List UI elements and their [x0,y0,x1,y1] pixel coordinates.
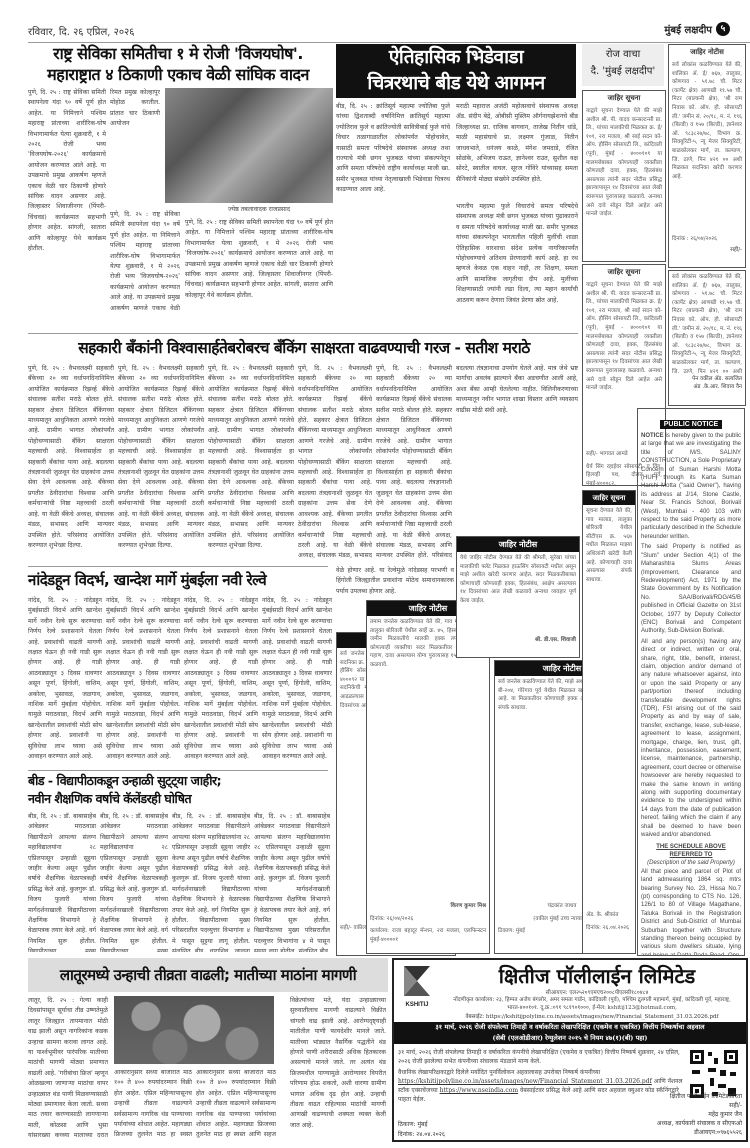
bank-body-col1: पुणे, दि. २५ : वैभवलक्ष्मी सहकारी बँकेच्… [28,364,114,560]
bank-body-col2: पुणे, दि. २५ : वैभवलक्ष्मी सहकारी बँकेच्… [118,364,204,560]
ad-signature: क्षितीज पॉलीलाईन लिमिटेडकरिता सही/- महें… [602,1092,742,1137]
signer-din: डीआयएन:०९७६५५२६ [602,1128,742,1137]
notice-address: कार्यालय: राजा बहादूर मॅन्शन, २रा मजला, … [367,925,489,946]
university-col2: बीड, दि. २५ : डॉ. बाबासाहेब आंबेडकर मराठ… [100,812,168,952]
promo-line2: दै. 'मुंबई लक्षदीप' [582,64,664,80]
kshitij-logo: KSHITIJ [400,964,434,1008]
header-paper: मुंबई लक्षदीप ५ [664,22,730,36]
latur-col2: आकारानुसार सध्या बाजारात माठ १०० ते ४०० … [114,1068,192,1140]
bank-headline: सहकारी बँकांनी विश्वासार्हतेबरोबरच बँकिं… [28,336,580,360]
bhidewada-body-2: मराठी महाराज अजंठी महोत्सवाचे संस्थापक अ… [456,102,578,200]
bhidewada-body: बीड, दि. २५ : क्रांतिसूर्य महात्मा ज्योत… [336,102,450,310]
ad-date: दिनांक: २४.०४.२०२६ [398,1130,445,1138]
schedule-subtitle: (Description of the said Property) [641,859,741,867]
notice-right-top-2: सर्व लोकांस कळविण्यात येते की, शालिका ॲ.… [668,270,746,406]
para2-text: वैधानिक लेखापरिक्षकाद्वारे दिलेले मर्याद… [398,1069,600,1076]
latur-headline: लातूरमध्ये उन्हाची तीव्रता वाढली; मातीच्… [28,958,388,992]
company-name: क्षितीज पॉलीलाईन लिमिटेड [452,962,742,989]
rss-body-3: पुणे, दि. २५ : राष्ट्र सेविका समिती स्था… [185,218,333,310]
notice-body: सूचना देण्यात येते की, गाव मालाड, तालुका… [583,505,635,909]
notice-right-top: जाहिर नोटीस सर्व लोकांस कळविण्यात येते क… [668,44,746,268]
notice-signer: किरण कुमार मिश्र [367,900,489,913]
schedule-title: THE SCHEDULE ABOVE REFERRED TO [641,843,741,860]
promo-box: रोज वाचा दै. 'मुंबई लक्षदीप' [582,44,664,86]
notice-title: जाहिर सूचना [583,491,635,505]
public-notice-badge: PUBLIC NOTICE [660,420,722,429]
bank-body-col4: पुणे, दि. २५ : वैभवलक्ष्मी सहकारी बँकेच्… [298,364,372,560]
notice-place: ठिकाण: मुंबई [498,927,525,936]
rail-body-col2: नांदेड, दि. २५ : नांदेडहून मुंबईसाठी विद… [106,596,180,766]
bhidewada-body-3: भारतीय महात्मा फुले विचारांचे समता परिषद… [456,202,578,310]
bhidewada-headline-box: ऐतिहासिक भिडेवाडा चित्ररथाचे बीड येथे आग… [336,44,576,98]
rss-photo-caption: ज्येष्ठ तबलावादक राजप्रसाद [185,205,333,217]
notice-title: जाहिर नोटीस [669,45,745,59]
rail-body-col3: नांदेड, दि. २५ : नांदेडहून मुंबईसाठी विद… [184,596,258,766]
university-col4: बीड, दि. २५ : डॉ. बाबासाहेब आंबेडकर मराठ… [254,812,330,952]
pots-photo [114,996,274,1064]
article-rss-body-2: पुणे, दि. २५ : राष्ट्र सेविका समिती स्था… [110,210,180,310]
notice-title: जाहिर सूचना [583,265,665,279]
banner-line1: ३१ मार्च, २०२६ रोजी संपलेल्या तिमाही व व… [394,1022,746,1033]
headline-sub: नवीन शैक्षणिक वर्षाचे कॅलेंडरही घोषित [28,790,328,808]
university-col3: बीड, दि. २५ : डॉ. बाबासाहेब आंबेडकर मराठ… [172,812,250,952]
nse-link[interactable]: https://www.nseindia.com [440,1087,518,1094]
bank-body-col3: पुणे, दि. २५ : वैभवलक्ष्मी सहकारी बँकेच्… [208,364,294,560]
page-header: रविवार, दि. २६ एप्रिल, २०२६ मुंबई लक्षदी… [28,22,750,43]
sd: सही/- [602,1101,742,1110]
kshitij-logo-icon [400,964,434,998]
headline-sub: चित्ररथाचे बीड येथे आगमन [336,70,576,96]
kshitij-ad: KSHITIJ क्षितीज पॉलीलाईन लिमिटेड सीआयएन:… [392,958,748,1142]
public-notice-para2: The said Property is notified as "Slum" … [641,543,741,635]
article-rss: राष्ट्र सेविका समितीचा १ मे रोजी 'विजयघो… [28,44,328,86]
notice-title: जाहिर नोटीस [457,537,579,552]
ad-place: ठिकाण: मुंबई [398,1120,427,1128]
latur-col4: विक्रेत्यांच्या मते, यंदा उन्हाळ्याच्या … [290,996,386,1138]
notice-body: सर्व लोकांस कळविण्यात येते की, शालिका ॲ.… [669,271,745,375]
divider [28,770,328,771]
notice-date: दिनांक : २६/०४/२०२६ [669,233,745,246]
bank-body-col5: पुणे, दि. २५ : वैभवलक्ष्मी सहकारी बँकेच्… [376,364,452,560]
notice-body: सर्व लोकांस कळविण्यात येते की, शालिका ॲ.… [669,59,745,233]
rail-body-col1: नांदेड, दि. २५ : नांदेडहून मुंबईसाठी विद… [28,596,102,766]
divider [28,333,578,334]
notice-body: तमाम जनतेस कळविण्यात येते की, गाव मौजे क… [367,616,489,900]
headline-sub: महाराष्ट्रात ४ ठिकाणी एकाच वेळी सांघिक व… [28,64,328,86]
sign-for: क्षितीज पॉलीलाईन लिमिटेडकरिता [602,1092,742,1101]
article-rss-body: पुणे, दि. २५ : राष्ट्र सेविका समिती स्था… [28,88,106,310]
latur-col3: आकारानुसार सध्या बाजारात माठ १०० ते ४०० … [196,1068,276,1140]
public-notice: PUBLIC NOTICE NOTICE is hereby given to … [637,408,745,956]
article-rss-sidebar: रिमत प्रमुख कोल्हापूर मोहोळ करतील. प्रां… [110,88,160,208]
notice-date: दिनांक: २६.०४.२०२६ [583,922,635,935]
company-cin: सीआयएन: एल२५२०९एमएच२००८पीएलसी१८०४८४ [452,988,742,996]
notice-signer: पेन वकील ॲड. सत्यजित [669,375,745,383]
public-notice-para1: NOTICE is hereby given to the public at … [641,432,741,541]
notice-signer: सही/- [669,246,745,254]
schedule-body: All that piece and parcel of Plot of lan… [641,868,741,956]
latur-col1: लातूर, दि. २५ : गेल्या काही दिवसांपासून … [28,996,108,1138]
financial-statement-link[interactable]: https://kshitijpolyline.co.in/assets/ima… [398,1078,652,1085]
header-date: रविवार, दि. २६ एप्रिल, २०२६ [28,24,134,38]
rss-photo [165,88,333,203]
public-notice-para3: All and any person(s) having any direct … [641,638,741,840]
rail-headline: नांदेडहून विदर्भ, खान्देश मार्गे मुंबईला… [28,568,328,592]
promo-line1: रोज वाचा [582,46,664,64]
notice-signer-2: अंड .के.आर. शिवाय वैन [669,383,745,391]
latur-headline-bar: लातूरमध्ये उन्हाची तीव्रता वाढली; मातीच्… [28,958,388,992]
ad-para1: ३१ मार्च, २०२६ रोजी संपलेल्या तिमाही व व… [398,1048,688,1066]
headline: राष्ट्र सेविका समितीचा १ मे रोजी 'विजयघो… [28,44,328,64]
notice-text: is hereby given to the public at large t… [641,433,741,540]
notice-lead: NOTICE [641,433,664,439]
banner-line2: (सेबी (एलओडीआर) रेग्युलेशन २०१५ चे नियम … [394,1033,746,1044]
notice-signer: ॲड. के. श्रीकांत [583,909,635,922]
page-number-badge: ५ [716,22,730,36]
university-col1: बीड, दि. २५ : डॉ. बाबासाहेब आंबेडकर मराठ… [28,812,96,952]
financial-banner: ३१ मार्च, २०२६ रोजी संपलेल्या तिमाही व व… [394,1022,746,1044]
headline: ऐतिहासिक भिडेवाडा [336,44,576,70]
company-website: वेबसाईट: https://kshitijpolyline.co.in/a… [440,1012,744,1020]
notice-title: जाहिर सूचना [583,91,665,105]
notice-date: दिनांक: २६/०४/२०२६ [367,913,489,926]
kshitij-logo-text: KSHITIJ [400,1002,434,1008]
notice-signer: श्री. डी.एस. शिवाजी [457,634,579,647]
signer-name: महेंद्र कुमार जैन [602,1110,742,1119]
notice-body: याद्वारे सूचना देण्यात येते की माझे अशील… [583,105,665,249]
bank-body-col6: बदलत्या तंत्रज्ञानाचा उपयोग घेतले आहे. म… [456,364,578,534]
notice-mid-3: जाहिर नोटीस येथे जाहिर नोटीस देण्यात येत… [456,536,580,658]
notice-mid-5: जाहिर सूचना सूचना देण्यात येते की, गाव म… [582,490,636,954]
notice-right-mid: जाहिर सूचना याद्वारे सूचना देण्यात येते … [582,90,666,262]
signer-role: अध्यक्ष, कार्यकारी संचालक व सीएफओ [602,1119,742,1128]
paper-name: मुंबई लक्षदीप [664,22,712,36]
divider [28,566,328,567]
rail-body-col4: नांदेड, दि. २५ : नांदेडहून मुंबईसाठी विद… [262,596,332,766]
notice-body: येथे जाहिर नोटीस देण्यात येते की श्रीमती… [457,552,579,634]
university-headline: बीड - विद्यापीठाकडून उन्हाळी सुट्ट्या जा… [28,772,328,808]
company-office: नोंदणीकृत कार्यालय: २३, हिम्पत अजेय बंगल… [440,996,744,1012]
headline: बीड - विद्यापीठाकडून उन्हाळी सुट्ट्या जा… [28,772,328,790]
